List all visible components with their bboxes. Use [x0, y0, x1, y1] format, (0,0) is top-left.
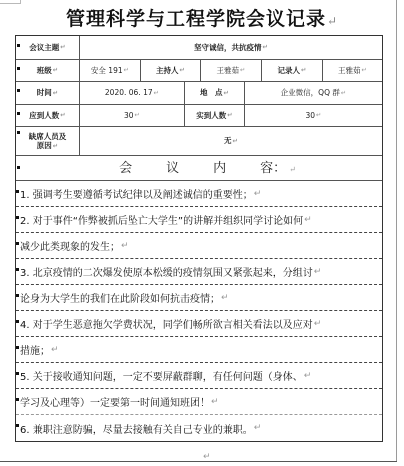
table-row-class: 班级↵ 安全 191↵ 主持人↵ 王雅茹↵ 记录人↵ 王雅茹↵	[16, 60, 382, 82]
row-marker-icon	[16, 424, 19, 427]
absence-value-cell[interactable]: 无↵	[80, 127, 382, 155]
expected-label: 应到人数	[29, 111, 59, 120]
paragraph-mark-icon: ↵	[362, 66, 367, 74]
topic-value: 坚守诚信，共抗疫情	[194, 43, 262, 52]
content-line-text: 论身为大学生的我们在此阶段如何抗击疫情；	[20, 290, 220, 305]
time-label-cell[interactable]: 时间↵	[16, 82, 80, 104]
place-label: 地 点	[200, 88, 223, 97]
content-line[interactable]: 5. 关于接收通知问题，一定不要屏蔽群聊，有任何问题（身体、↵	[16, 363, 382, 389]
content-line[interactable]: 学习及心理等）一定要第一时间通知班团！↵	[16, 389, 382, 415]
row-marker-icon	[17, 112, 20, 115]
content-line[interactable]: 论身为大学生的我们在此阶段如何抗击疫情；↵	[16, 285, 382, 311]
paragraph-mark-icon: ↵	[254, 189, 262, 199]
absence-value: 无	[224, 136, 232, 145]
content-header-char: 会	[119, 161, 132, 177]
row-marker-icon	[16, 398, 19, 401]
content-line-text: 减少此类现象的发生；	[20, 238, 120, 253]
row-marker-icon	[16, 294, 19, 297]
table-row-content-header: 会 议 内 容：↵	[16, 156, 382, 181]
paragraph-mark-icon: ↵	[240, 66, 245, 74]
class-label: 班级	[37, 66, 52, 75]
table-row-topic: 会议主题↵ 坚守诚信，共抗疫情↵	[16, 36, 382, 60]
paragraph-mark-icon: ↵	[135, 111, 140, 119]
content-header-char: 议	[166, 161, 179, 177]
paragraph-mark-icon: ↵	[224, 89, 229, 97]
content-line[interactable]: 措施；↵	[16, 337, 382, 363]
content-header-char: 容：	[260, 161, 286, 177]
row-marker-icon	[17, 131, 20, 134]
paragraph-mark-icon: ↵	[304, 215, 312, 225]
expected-value-cell[interactable]: 30↵	[80, 105, 185, 126]
content-header-cell[interactable]: 会 议 内 容：↵	[16, 156, 382, 183]
content-header-char: 内	[213, 161, 226, 177]
paragraph-mark-icon: ↵	[154, 89, 159, 97]
time-value: 2020. 06. 17	[105, 88, 153, 97]
topic-label-cell[interactable]: 会议主题↵	[16, 36, 80, 59]
paragraph-mark-icon: ↵	[263, 43, 268, 51]
absence-label-line2: 原因	[37, 141, 52, 150]
paragraph-mark-icon: ↵	[53, 142, 58, 150]
content-line[interactable]: 1. 强调考生要遵循考试纪律以及阐述诚信的重要性；↵	[16, 181, 382, 207]
actual-value-cell[interactable]: 30↵	[245, 105, 382, 126]
meeting-record-table: 会议主题↵ 坚守诚信，共抗疫情↵ 班级↵ 安全 191↵ 主持人↵ 王雅茹↵ 记…	[15, 35, 383, 442]
paragraph-mark-icon: ↵	[180, 66, 185, 74]
time-label: 时间	[37, 88, 52, 97]
paragraph-mark-icon: ↵	[304, 371, 312, 381]
host-value-cell[interactable]: 王雅茹↵	[201, 60, 262, 81]
document-title-text: 管理科学与工程学院会议记录	[66, 8, 326, 30]
paragraph-mark-icon: ↵	[314, 319, 322, 329]
actual-label-cell[interactable]: 实到人数↵	[185, 105, 245, 126]
row-marker-icon	[17, 166, 20, 169]
class-value-cell[interactable]: 安全 191↵	[80, 60, 141, 81]
row-marker-icon	[17, 44, 20, 47]
row-marker-icon	[17, 89, 20, 92]
recorder-label-cell[interactable]: 记录人↵	[262, 60, 323, 81]
place-label-cell[interactable]: 地 点↵	[185, 82, 245, 104]
expected-value: 30	[124, 111, 134, 120]
paragraph-mark-icon: ↵	[53, 66, 58, 74]
recorder-label: 记录人	[278, 66, 301, 75]
host-value: 王雅茹	[217, 66, 240, 75]
content-line-text: 学习及心理等）一定要第一时间通知班团！	[20, 394, 210, 409]
paragraph-mark-icon: ↵	[233, 137, 238, 145]
content-line-text: 1. 强调考生要遵循考试纪律以及阐述诚信的重要性；	[20, 186, 253, 201]
table-row-absence: 缺席人员及 原因↵ 无↵	[16, 127, 382, 156]
topic-value-cell[interactable]: 坚守诚信，共抗疫情↵	[80, 36, 382, 59]
content-line[interactable]: 减少此类现象的发生；↵	[16, 233, 382, 259]
paragraph-mark-icon: ↵	[51, 345, 59, 355]
paragraph-mark-icon: ↵	[314, 267, 322, 277]
paragraph-mark-icon: ↵	[301, 66, 306, 74]
row-marker-icon	[17, 67, 20, 70]
row-marker-icon	[16, 268, 19, 271]
page-bottom-edge	[0, 461, 397, 462]
row-marker-icon	[16, 216, 19, 219]
actual-value: 30	[306, 111, 316, 120]
topic-label: 会议主题	[29, 43, 59, 52]
meeting-content-body: 1. 强调考生要遵循考试纪律以及阐述诚信的重要性；↵ 2. 对于事件“作弊被抓后…	[16, 181, 382, 441]
row-marker-icon	[16, 190, 19, 193]
table-row-attendance: 应到人数↵ 30↵ 实到人数↵ 30↵	[16, 105, 382, 127]
row-marker-icon	[16, 372, 19, 375]
class-label-cell[interactable]: 班级↵	[16, 60, 80, 81]
paragraph-mark-icon: ↵	[316, 111, 321, 119]
paragraph-mark-icon: ↵	[121, 241, 129, 251]
paragraph-mark-icon: ↵	[203, 452, 211, 462]
class-value: 安全 191	[91, 66, 123, 75]
content-line-text: 3. 北京疫情的二次爆发使原本松缓的疫情氛围又紧张起来，分组讨	[20, 264, 313, 279]
content-line[interactable]: 6. 兼职注意防骗，尽量去接触有关自己专业的兼职。↵	[16, 415, 382, 441]
host-label: 主持人	[156, 66, 179, 75]
paragraph-mark-icon: ↵	[254, 423, 262, 433]
recorder-value-cell[interactable]: 王雅茹↵	[323, 60, 382, 81]
row-marker-icon	[16, 242, 19, 245]
document-title[interactable]: 管理科学与工程学院会议记录↵	[0, 4, 404, 31]
content-line-text: 6. 兼职注意防骗，尽量去接触有关自己专业的兼职。	[20, 421, 253, 436]
host-label-cell[interactable]: 主持人↵	[141, 60, 201, 81]
paragraph-mark-icon: ↵	[211, 397, 219, 407]
place-value-cell[interactable]: 企业微信，QQ 群↵	[245, 82, 382, 104]
actual-label: 实到人数	[196, 111, 226, 120]
paragraph-mark-icon: ↵	[60, 43, 65, 51]
paragraph-mark-icon: ↵	[341, 89, 346, 97]
row-marker-icon	[16, 346, 19, 349]
row-marker-icon	[16, 320, 19, 323]
absence-label-cell[interactable]: 缺席人员及 原因↵	[16, 127, 80, 155]
recorder-value: 王雅茹	[338, 66, 361, 75]
paragraph-mark-icon: ↵	[60, 111, 65, 119]
paragraph-mark-icon: ↵	[289, 165, 296, 175]
content-line-text: 4. 对于学生恶意拖欠学费状况，同学们畅所欲言相关看法以及应对	[20, 316, 313, 331]
content-line-text: 5. 关于接收通知问题，一定不要屏蔽群聊，有任何问题（身体、	[20, 368, 303, 383]
place-value: 企业微信，QQ 群	[281, 88, 340, 97]
paragraph-mark-icon: ↵	[327, 14, 338, 28]
paragraph-mark-icon: ↵	[227, 111, 232, 119]
table-row-time: 时间↵ 2020. 06. 17↵ 地 点↵ 企业微信，QQ 群↵	[16, 82, 382, 105]
paragraph-mark-icon: ↵	[53, 89, 58, 97]
content-line[interactable]: 3. 北京疫情的二次爆发使原本松缓的疫情氛围又紧张起来，分组讨↵	[16, 259, 382, 285]
content-line-text: 2. 对于事件“作弊被抓后坠亡大学生”的讲解并组织同学讨论如何	[20, 212, 303, 227]
content-line[interactable]: 4. 对于学生恶意拖欠学费状况，同学们畅所欲言相关看法以及应对↵	[16, 311, 382, 337]
page-right-edge	[396, 0, 397, 462]
time-value-cell[interactable]: 2020. 06. 17↵	[80, 82, 185, 104]
expected-label-cell[interactable]: 应到人数↵	[16, 105, 80, 126]
content-line[interactable]: 2. 对于事件“作弊被抓后坠亡大学生”的讲解并组织同学讨论如何↵	[16, 207, 382, 233]
absence-label-line1: 缺席人员及	[29, 132, 67, 141]
paragraph-mark-icon: ↵	[124, 66, 129, 74]
paragraph-mark-icon: ↵	[221, 293, 229, 303]
content-line-text: 措施；	[20, 342, 50, 357]
